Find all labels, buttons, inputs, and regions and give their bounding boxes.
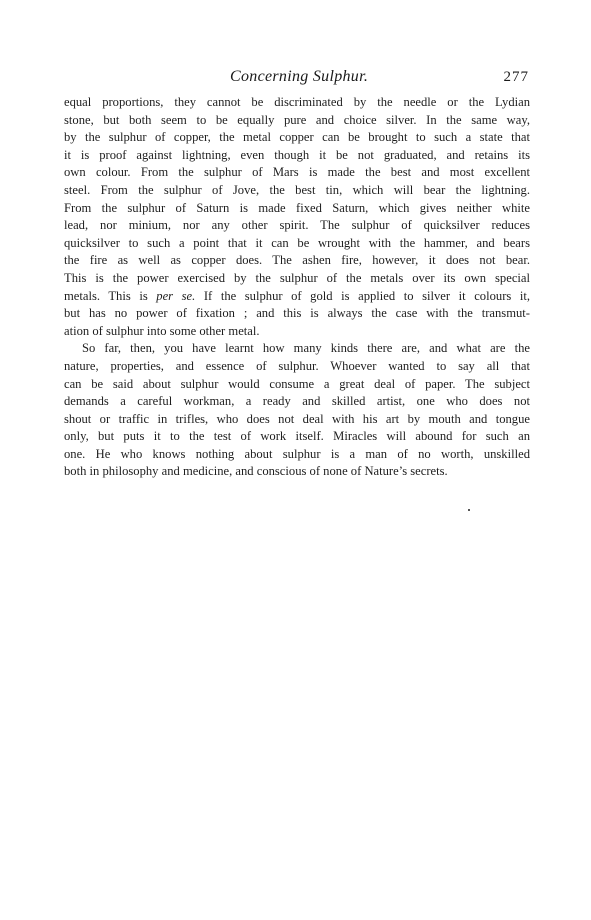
text-line: nature, properties, and essence of sulph… [64, 358, 530, 376]
text-line: lead, nor minium, nor any other spirit. … [64, 217, 530, 235]
running-title: Concerning Sulphur. [230, 68, 368, 86]
text-segment: If the sulphur of gold is applied to sil… [195, 289, 530, 303]
text-line: but has no power of fixation ; and this … [64, 305, 530, 323]
text-line: both in philosophy and medicine, and con… [64, 463, 530, 481]
text-line: the fire as well as copper does. The ash… [64, 252, 530, 270]
running-head: Concerning Sulphur. 277 [64, 68, 529, 92]
ink-speck [468, 509, 470, 511]
text-line: own colour. From the sulphur of Mars is … [64, 164, 530, 182]
text-segment: metals. This is [64, 289, 156, 303]
text-line: ation of sulphur into some other metal. [64, 323, 530, 341]
text-line: quicksilver to such a point that it can … [64, 235, 530, 253]
text-line: steel. From the sulphur of Jove, the bes… [64, 182, 530, 200]
text-line: can be said about sulphur would consume … [64, 376, 530, 394]
text-line: demands a careful workman, a ready and s… [64, 393, 530, 411]
text-line: it is proof against lightning, even thou… [64, 147, 530, 165]
text-line: metals. This is per se. If the sulphur o… [64, 288, 530, 306]
body-text: equal proportions, they cannot be discri… [64, 94, 530, 481]
text-line: only, but puts it to the test of work it… [64, 428, 530, 446]
italic-phrase: per se. [156, 289, 195, 303]
page-number: 277 [504, 69, 530, 86]
paragraph-1: equal proportions, they cannot be discri… [64, 94, 530, 340]
text-line: shout or traffic in trifles, who does no… [64, 411, 530, 429]
paragraph-2: So far, then, you have learnt how many k… [64, 340, 530, 481]
text-line: So far, then, you have learnt how many k… [64, 340, 530, 358]
book-page: Concerning Sulphur. 277 equal proportion… [0, 0, 591, 920]
text-line: one. He who knows nothing about sulphur … [64, 446, 530, 464]
text-line: stone, but both seem to be equally pure … [64, 112, 530, 130]
text-line: by the sulphur of copper, the metal copp… [64, 129, 530, 147]
text-line: This is the power exercised by the sulph… [64, 270, 530, 288]
text-line: equal proportions, they cannot be discri… [64, 94, 530, 112]
text-line: From the sulphur of Saturn is made fixed… [64, 200, 530, 218]
